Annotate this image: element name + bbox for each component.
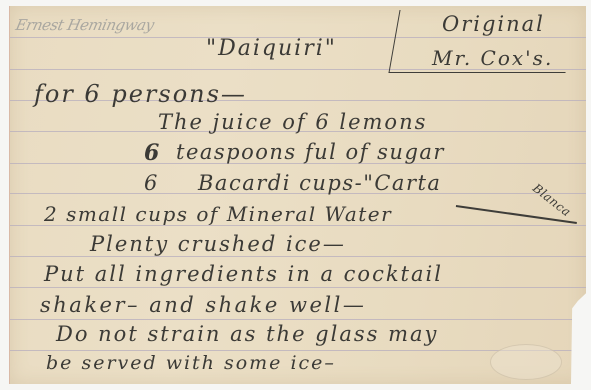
ingredient-rum-brand-tail: Blanca: [530, 181, 574, 219]
recipe-servings: for 6 persons—: [34, 80, 247, 108]
ruled-line: [10, 319, 586, 320]
instruction-step-4: be served with some ice–: [46, 352, 336, 374]
ruled-paper-sheet: Ernest Hemingway "Daiquiri" Original Mr.…: [9, 6, 586, 384]
ingredient-rum: Bacardi cups-"Carta: [198, 171, 441, 195]
ingredient-sugar: teaspoons ful of sugar: [176, 140, 445, 164]
ingredient-sugar-qty: 6: [144, 140, 160, 166]
instruction-step-3: Do not strain as the glass may: [56, 322, 438, 346]
scanned-document: Ernest Hemingway "Daiquiri" Original Mr.…: [0, 0, 591, 390]
pencil-annotation: Ernest Hemingway: [14, 16, 155, 34]
recipe-title: "Daiquiri": [206, 36, 337, 61]
ingredient-lemon-juice: The juice of 6 lemons: [158, 110, 427, 134]
ingredient-rum-qty: 6: [144, 171, 158, 195]
side-note-mr-cox: Mr. Cox's.: [432, 46, 553, 70]
ruled-line: [10, 256, 586, 257]
ingredient-crushed-ice: Plenty crushed ice—: [90, 232, 346, 256]
ruled-line: [10, 287, 586, 288]
instruction-step-2: shaker– and shake well—: [40, 293, 366, 317]
ingredient-mineral-water: 2 small cups of Mineral Water: [44, 202, 392, 226]
side-note-original: Original: [442, 12, 545, 36]
paper-stain: [490, 344, 562, 380]
instruction-step-1: Put all ingredients in a cocktail: [44, 262, 443, 286]
